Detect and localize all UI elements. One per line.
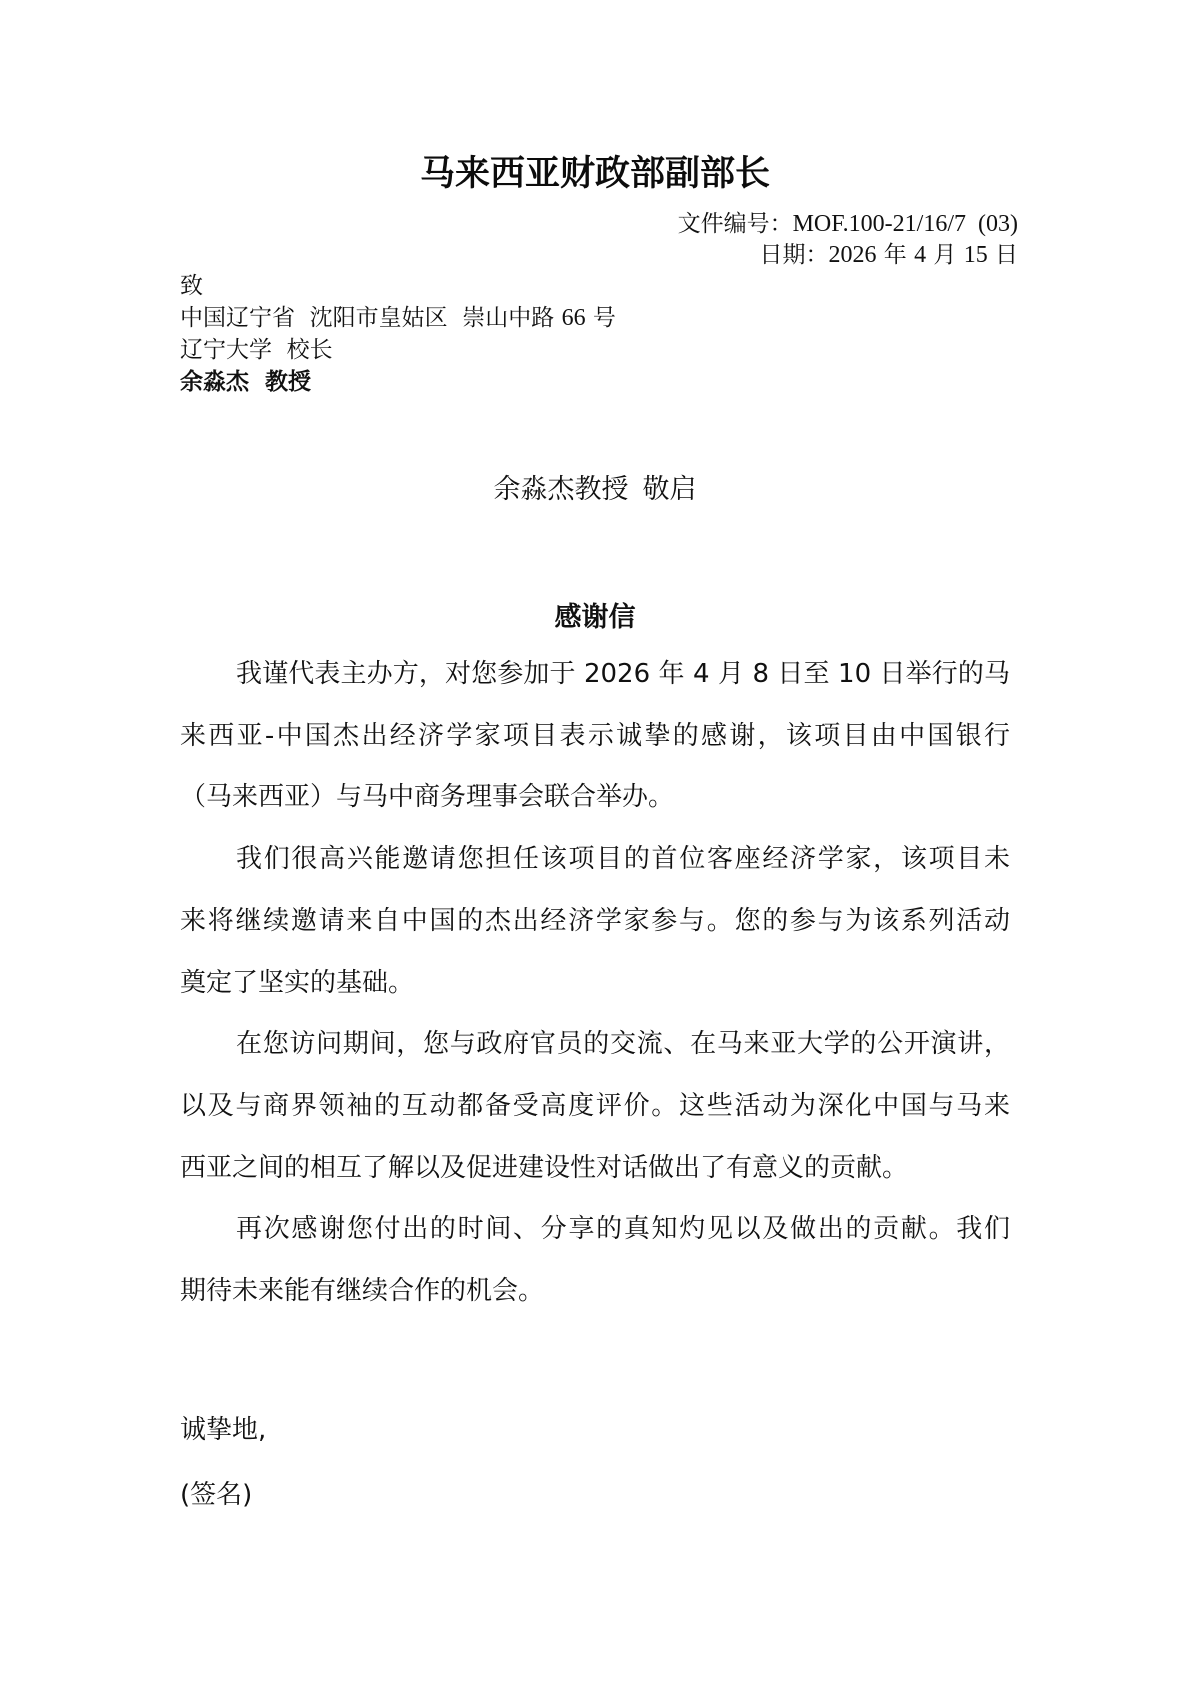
- letter-heading: 感谢信: [0, 600, 1190, 636]
- paragraph-line: 来将继续邀请来自中国的杰出经济学家参与。您的参与为该系列活动: [180, 891, 1010, 953]
- paragraph-line: 以及与商界领袖的互动都备受高度评价。这些活动为深化中国与马来: [180, 1076, 1010, 1138]
- paragraph-line: （马来西亚）与马中商务理事会联合举办。: [180, 767, 1010, 829]
- paragraph-line: 再次感谢您付出的时间、分享的真知灼见以及做出的贡献。我们: [180, 1199, 1010, 1261]
- paragraph-3: 在您访问期间，您与政府官员的交流、在马来亚大学的公开演讲， 以及与商界领袖的互动…: [180, 1014, 1010, 1199]
- date-day-unit: 日: [988, 242, 1018, 268]
- salutation-greeting: 敬启: [643, 474, 697, 505]
- salutation: 余淼杰教授敬启: [0, 472, 1190, 508]
- reference-number: 文件编号：MOF.100-21/16/7 (03): [678, 209, 1018, 239]
- signature-placeholder: (签名): [180, 1477, 252, 1513]
- paragraph-line: 奠定了坚实的基础。: [180, 953, 1010, 1015]
- recipient-to: 致: [180, 270, 203, 302]
- date-year-unit: 年: [876, 242, 914, 268]
- address-prefix: 中国辽宁省 沈阳市皇姑区 崇山中路: [180, 305, 562, 331]
- recipient-institution: 辽宁大学 校长: [180, 334, 333, 366]
- paragraph-line: 来西亚-中国杰出经济学家项目表示诚挚的感谢，该项目由中国银行: [180, 706, 1010, 768]
- letterhead-title: 马来西亚财政部副部长: [0, 152, 1190, 196]
- letter-body: 我谨代表主办方，对您参加于 2026 年 4 月 8 日至 10 日举行的马 来…: [180, 644, 1010, 1323]
- reference-label: 文件编号：: [678, 211, 793, 237]
- paragraph-2: 我们很高兴能邀请您担任该项目的首位客座经济学家，该项目未 来将继续邀请来自中国的…: [180, 829, 1010, 1014]
- paragraph-line: 西亚之间的相互了解以及促进建设性对话做出了有意义的贡献。: [180, 1138, 1010, 1200]
- letter-date: 日期：2026 年 4 月 15 日: [759, 240, 1018, 270]
- recipient-address: 中国辽宁省 沈阳市皇姑区 崇山中路 66 号: [180, 302, 616, 334]
- address-suffix: 号: [586, 305, 616, 331]
- date-day: 15: [964, 242, 988, 268]
- date-label: 日期：: [759, 242, 828, 268]
- paragraph-4: 再次感谢您付出的时间、分享的真知灼见以及做出的贡献。我们 期待未来能有继续合作的…: [180, 1199, 1010, 1322]
- closing-regards: 诚挚地,: [180, 1412, 266, 1448]
- salutation-name: 余淼杰教授: [494, 474, 629, 505]
- paragraph-line: 期待未来能有继续合作的机会。: [180, 1261, 1010, 1323]
- letter-page: 马来西亚财政部副部长 文件编号：MOF.100-21/16/7 (03) 日期：…: [0, 0, 1190, 1682]
- paragraph-1: 我谨代表主办方，对您参加于 2026 年 4 月 8 日至 10 日举行的马 来…: [180, 644, 1010, 829]
- paragraph-line: 我谨代表主办方，对您参加于 2026 年 4 月 8 日至 10 日举行的马: [180, 644, 1010, 706]
- date-month-unit: 月: [926, 242, 964, 268]
- address-number: 66: [562, 305, 586, 331]
- reference-value: MOF.100-21/16/7 (03): [793, 211, 1018, 237]
- paragraph-line: 在您访问期间，您与政府官员的交流、在马来亚大学的公开演讲，: [180, 1014, 1010, 1076]
- paragraph-line: 我们很高兴能邀请您担任该项目的首位客座经济学家，该项目未: [180, 829, 1010, 891]
- date-month: 4: [914, 242, 926, 268]
- date-year: 2026: [828, 242, 876, 268]
- recipient-name: 余淼杰 教授: [180, 366, 311, 398]
